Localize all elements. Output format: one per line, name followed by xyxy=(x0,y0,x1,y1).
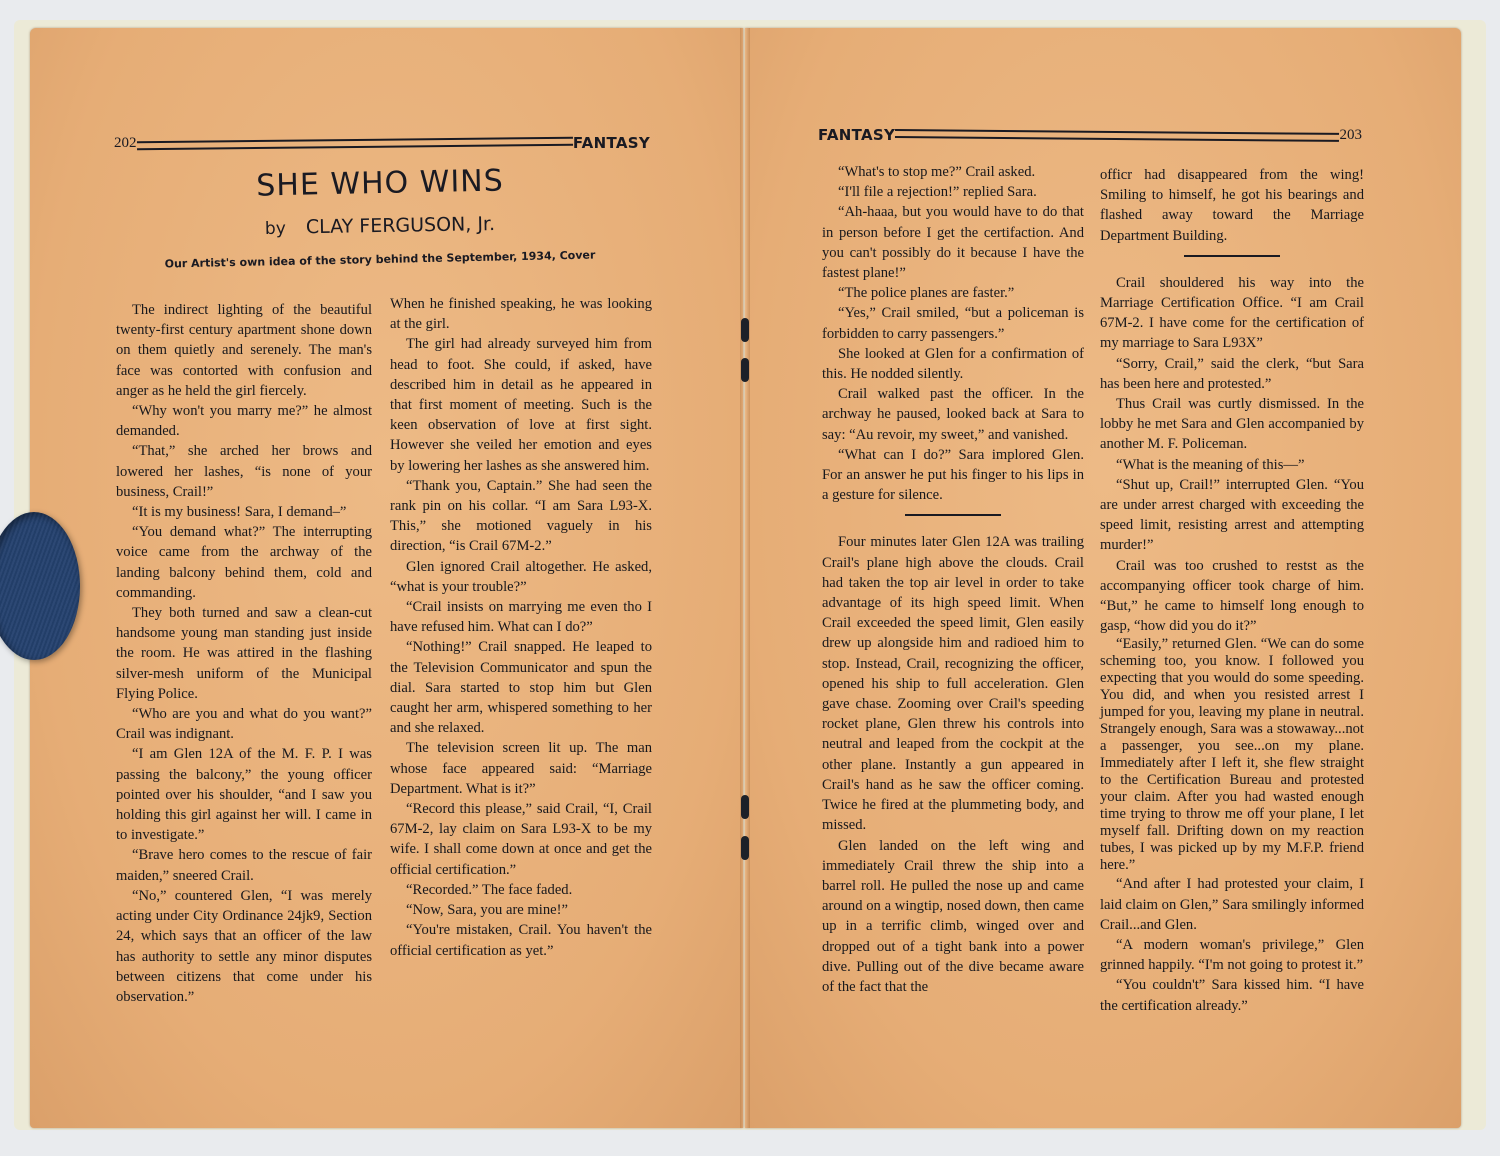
spine-fold xyxy=(740,28,750,1128)
paragraph: “Yes,” Crail smiled, “but a policeman is… xyxy=(822,303,1084,343)
staple-icon xyxy=(741,358,749,382)
paragraph: “The police planes are faster.” xyxy=(822,283,1084,303)
paragraph: “Who are you and what do you want?” Crai… xyxy=(116,704,372,744)
magazine-name: FANTASY xyxy=(573,134,650,152)
author-name: CLAY FERGUSON, Jr. xyxy=(306,213,496,238)
paragraph: When he finished speaking, he was lookin… xyxy=(390,294,652,334)
header-double-rule xyxy=(136,136,572,150)
byline: by CLAY FERGUSON, Jr. xyxy=(100,210,660,242)
text-column-203-2: officr had disappeared from the wing! Sm… xyxy=(1100,165,1364,1016)
paragraph: “A modern woman's privilege,” Glen grinn… xyxy=(1100,935,1364,975)
paragraph: “I am Glen 12A of the M. F. P. I was pas… xyxy=(116,744,372,845)
running-header-left: 202 FANTASY xyxy=(114,130,650,156)
running-header-right: FANTASY 203 xyxy=(818,122,1362,148)
staple-icon xyxy=(741,795,749,819)
paragraph: “Crail insists on marrying me even tho I… xyxy=(390,597,652,637)
paragraph: “Nothing!” Crail snapped. He leaped to t… xyxy=(390,637,652,738)
paragraph: “That,” she arched her brows and lowered… xyxy=(116,441,372,502)
paragraph: “Record this please,” said Crail, “I, Cr… xyxy=(390,799,652,880)
paragraph: “Sorry, Crail,” said the clerk, “but Sar… xyxy=(1100,354,1364,394)
paragraph: “No,” countered Glen, “I was merely acti… xyxy=(116,886,372,1007)
section-break-rule xyxy=(1184,255,1280,257)
paragraph: She looked at Glen for a confirmation of… xyxy=(822,344,1084,384)
paragraph: “Shut up, Crail!” interrupted Glen. “You… xyxy=(1100,475,1364,556)
header-double-rule xyxy=(895,129,1339,142)
paragraph: “What's to stop me?” Crail asked. xyxy=(822,162,1084,182)
paragraph: “What can I do?” Sara implored Glen. For… xyxy=(822,445,1084,506)
paragraph: The girl had already surveyed him from h… xyxy=(390,334,652,475)
paragraph: Crail was too crushed to restst as the a… xyxy=(1100,556,1364,637)
paragraph: “Now, Sara, you are mine!” xyxy=(390,900,652,920)
paragraph: “I'll file a rejection!” replied Sara. xyxy=(822,182,1084,202)
paragraph: The television screen lit up. The man wh… xyxy=(390,738,652,799)
paragraph: “Recorded.” The face faded. xyxy=(390,880,652,900)
paragraph: Thus Crail was curtly dismissed. In the … xyxy=(1100,394,1364,455)
paragraph: “Brave hero comes to the rescue of fair … xyxy=(116,845,372,885)
story-title: SHE WHO WINS xyxy=(100,160,661,207)
paragraph: “And after I had protested your claim, I… xyxy=(1100,874,1364,935)
paragraph: “Easily,” returned Glen. “We can do some… xyxy=(1100,636,1364,874)
paragraph: Glen landed on the left wing and immedia… xyxy=(822,836,1084,998)
paragraph: Crail shouldered his way into the Marria… xyxy=(1100,273,1364,354)
magazine-name: FANTASY xyxy=(818,126,895,144)
staple-icon xyxy=(741,318,749,342)
paragraph: Glen ignored Crail altogether. He asked,… xyxy=(390,557,652,597)
page-number: 202 xyxy=(114,135,137,152)
text-column-202-1: The indirect lighting of the beautiful t… xyxy=(116,300,372,1007)
paragraph: “It is my business! Sara, I demand–” xyxy=(116,502,372,522)
paragraph: They both turned and saw a clean-cut han… xyxy=(116,603,372,704)
paragraph: The indirect lighting of the beautiful t… xyxy=(116,300,372,401)
paragraph: “You couldn't” Sara kissed him. “I have … xyxy=(1100,975,1364,1015)
paragraph: Crail walked past the officer. In the ar… xyxy=(822,384,1084,445)
by-label: by xyxy=(265,219,286,239)
text-column-203-1: “What's to stop me?” Crail asked. “I'll … xyxy=(822,162,1084,997)
story-heading: SHE WHO WINS by CLAY FERGUSON, Jr. Our A… xyxy=(100,166,660,266)
paragraph: Four minutes later Glen 12A was trailing… xyxy=(822,532,1084,835)
staple-icon xyxy=(741,836,749,860)
paragraph: officr had disappeared from the wing! Sm… xyxy=(1100,165,1364,246)
page-number: 203 xyxy=(1340,127,1363,144)
paragraph: “You're mistaken, Crail. You haven't the… xyxy=(390,920,652,960)
paragraph: “You demand what?” The interrupting voic… xyxy=(116,522,372,603)
paragraph: “What is the meaning of this—” xyxy=(1100,455,1364,475)
paragraph: “Why won't you marry me?” he almost dema… xyxy=(116,401,372,441)
paragraph: “Thank you, Captain.” She had seen the r… xyxy=(390,476,652,557)
paragraph: “Ah-haaa, but you would have to do that … xyxy=(822,202,1084,283)
text-column-202-2: When he finished speaking, he was lookin… xyxy=(390,294,652,961)
section-break-rule xyxy=(905,514,1001,516)
